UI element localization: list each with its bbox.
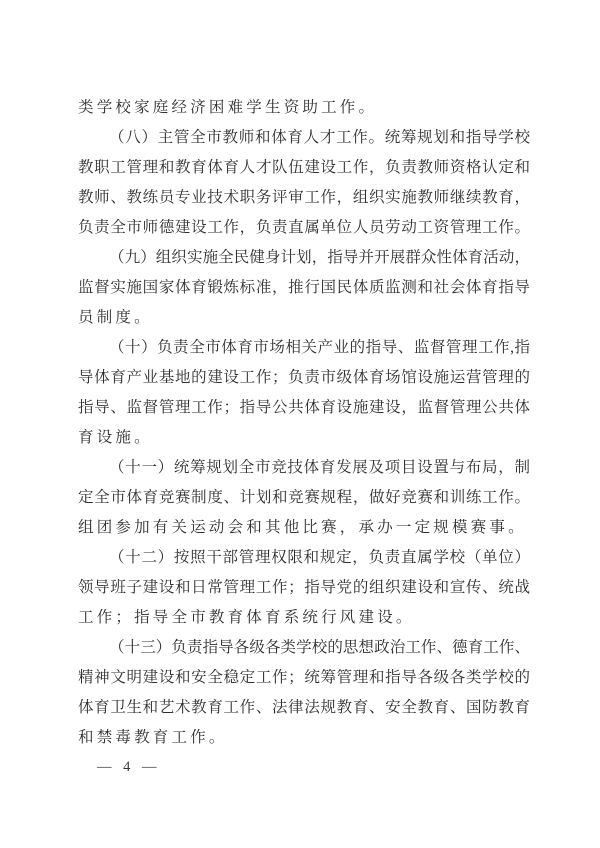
- text-line: 导体育产业基地的建设工作；负责市级体育场馆设施运营管理的: [78, 363, 530, 393]
- text-line: 负责全市师德建设工作，负责直属单位人员劳动工资管理工作。: [78, 213, 530, 243]
- document-body: 类学校家庭经济困难学生资助工作。（八）主管全市教师和体育人才工作。统筹规划和指导…: [78, 93, 530, 753]
- text-line: （十三）负责指导各级各类学校的思想政治工作、德育工作、: [78, 633, 530, 663]
- text-line: （十二）按照干部管理权限和规定，负责直属学校（单位）: [78, 543, 530, 573]
- text-line: 领导班子建设和日常管理工作；指导党的组织建设和宣传、统战: [78, 573, 530, 603]
- text-line: （十一）统筹规划全市竞技体育发展及项目设置与布局，制: [78, 453, 530, 483]
- text-line: 和禁毒教育工作。: [78, 723, 530, 753]
- text-line: 教职工管理和教育体育人才队伍建设工作，负责教师资格认定和: [78, 153, 530, 183]
- text-line: 教师、教练员专业技术职务评审工作，组织实施教师继续教育，: [78, 183, 530, 213]
- text-line: 育设施。: [78, 423, 530, 453]
- text-line: 体育卫生和艺术教育工作、法律法规教育、安全教育、国防教育: [78, 693, 530, 723]
- text-line: （十）负责全市体育市场相关产业的指导、监督管理工作,指: [78, 333, 530, 363]
- text-line: 精神文明建设和安全稳定工作；统筹管理和指导各级各类学校的: [78, 663, 530, 693]
- page-number: — 4 —: [97, 757, 161, 777]
- text-line: （八）主管全市教师和体育人才工作。统筹规划和指导学校: [78, 123, 530, 153]
- text-line: 定全市体育竞赛制度、计划和竞赛规程，做好竞赛和训练工作。: [78, 483, 530, 513]
- document-page: 类学校家庭经济困难学生资助工作。（八）主管全市教师和体育人才工作。统筹规划和指导…: [0, 0, 600, 848]
- text-line: 员制度。: [78, 303, 530, 333]
- text-line: 工作；指导全市教育体育系统行风建设。: [78, 603, 530, 633]
- text-line: 组团参加有关运动会和其他比赛，承办一定规模赛事。: [78, 513, 530, 543]
- text-line: 监督实施国家体育锻炼标准，推行国民体质监测和社会体育指导: [78, 273, 530, 303]
- text-line: 类学校家庭经济困难学生资助工作。: [78, 93, 530, 123]
- text-line: （九）组织实施全民健身计划，指导并开展群众性体育活动，: [78, 243, 530, 273]
- text-line: 指导、监督管理工作；指导公共体育设施建设，监督管理公共体: [78, 393, 530, 423]
